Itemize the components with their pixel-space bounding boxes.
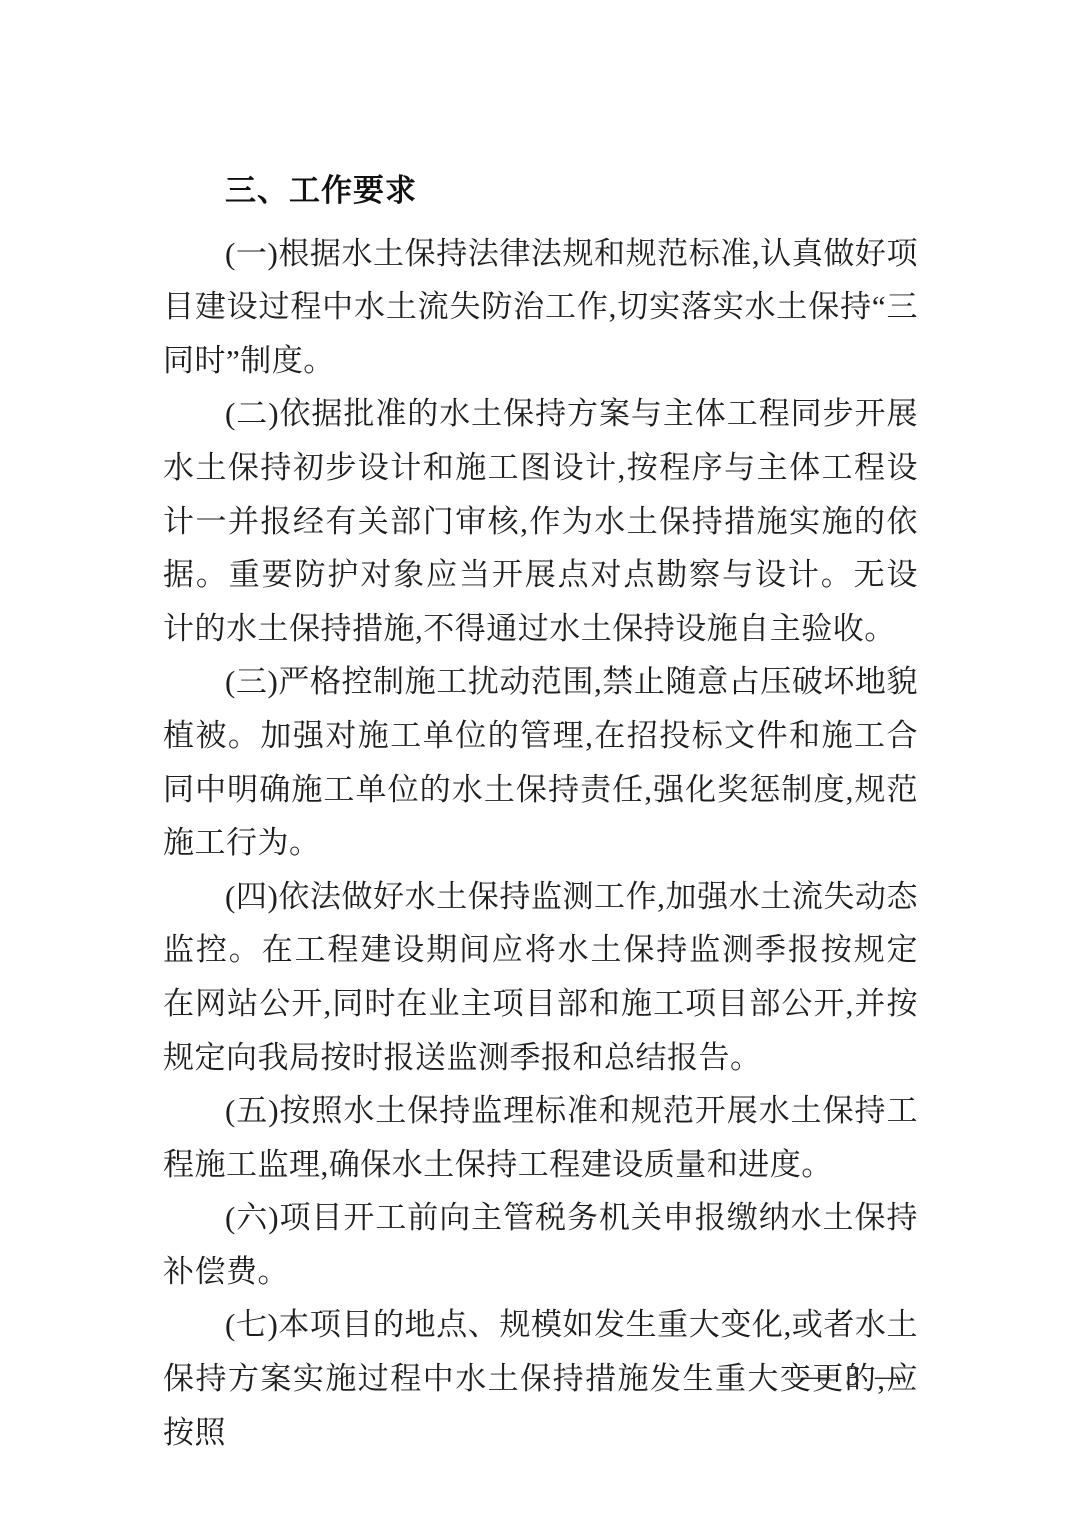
- paragraph-4: (四)依法做好水土保持监测工作,加强水土流失动态监控。在工程建设期间应将水土保持…: [163, 870, 918, 1084]
- paragraph-5: (五)按照水土保持监理标准和规范开展水土保持工程施工监理,确保水土保持工程建设质…: [163, 1084, 918, 1191]
- page-number: — 3 —: [163, 1356, 918, 1396]
- document-page: 三、工作要求 (一)根据水土保持法律法规和规范标准,认真做好项目建设过程中水土流…: [0, 0, 1074, 1520]
- paragraph-2: (二)依据批准的水土保持方案与主体工程同步开展水土保持初步设计和施工图设计,按程…: [163, 387, 918, 655]
- paragraph-3: (三)严格控制施工扰动范围,禁止随意占压破坏地貌植被。加强对施工单位的管理,在招…: [163, 655, 918, 869]
- document-content: 三、工作要求 (一)根据水土保持法律法规和规范标准,认真做好项目建设过程中水土流…: [163, 164, 918, 1459]
- paragraph-6: (六)项目开工前向主管税务机关申报缴纳水土保持补偿费。: [163, 1191, 918, 1298]
- section-heading: 三、工作要求: [163, 164, 918, 218]
- paragraph-1: (一)根据水土保持法律法规和规范标准,认真做好项目建设过程中水土流失防治工作,切…: [163, 227, 918, 388]
